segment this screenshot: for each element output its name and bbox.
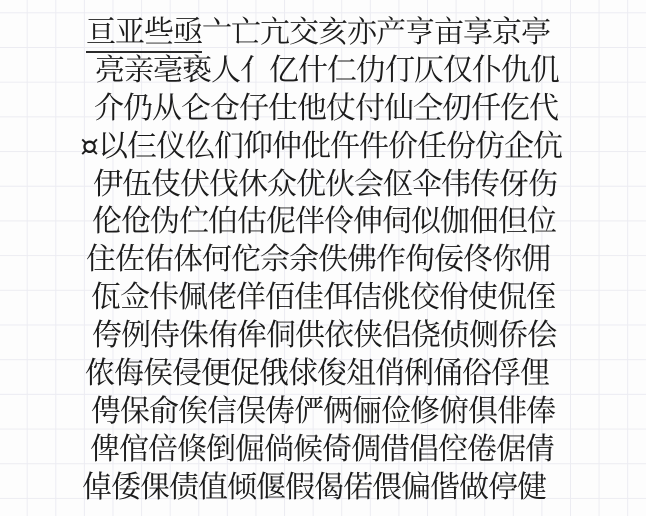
glyph-row: 介仍从仑仓仔仕他仗付仙仝仞仟仡代 (6, 90, 646, 128)
glyph-run: 伊伍伎伏伐休众优伙会伛伞伟传伢伤 (93, 167, 557, 202)
glyph-run: 亮亲亳亵人亻亿什仁仂仃仄仅仆仇仉 (95, 53, 559, 88)
glyph-row: 伦伧伪伫伯估伲伴伶伸伺似伽佃但位 (2, 203, 646, 241)
glyph-run: 俜保俞俟信俣俦俨俩俪俭修俯俱俳俸 (91, 394, 555, 429)
glyph-run: 伦伧伪伫伯估伲伴伶伸伺似伽佃但位 (92, 204, 556, 239)
glyph-row: 倬倭倮债值倾偃假偈偌偎偏偕做停健 (0, 469, 646, 507)
glyph-grid: 亘亚些亟亠亡亢交亥亦产亨亩享京亭亮亲亳亵人亻亿什仁仂仃仄仅仆仇仉介仍从仑仓仔仕他… (0, 14, 646, 507)
glyph-row: 俾倌倍倏倒倔倘候倚倜借倡倥倦倨倩 (0, 431, 646, 469)
glyph-run: 住佐佑体何佗佘余佚佛作佝佞佟你佣 (86, 242, 550, 277)
glyph-row: 亮亲亳亵人亻亿什仁仂仃仄仅仆仇仉 (8, 52, 646, 90)
glyph-row: 侉例侍侏侑侔侗供依侠侣侥侦侧侨侩 (2, 317, 646, 355)
glyph-run: 俾倌倍倏倒倔倘候倚倜借倡倥倦倨倩 (90, 432, 554, 467)
glyph-run: 倬倭倮债值倾偃假偈偌偎偏偕做停健 (82, 470, 546, 505)
grid-paper-page: { "colors": { "paper": "#fdfdfd", "grid_… (0, 0, 646, 516)
glyph-row: 俜保俞俟信俣俦俨俩俪俭修俯俱俳俸 (0, 393, 646, 431)
underlined-glyph-run: 亘亚些亟 (86, 15, 202, 53)
glyph-run: 亠亡亢交亥亦产亨亩享京亭 (202, 15, 550, 50)
glyph-run: 介仍从仑仓仔仕他仗付仙仝仞仟仡代 (94, 91, 558, 126)
glyph-row: 侬侮侯侵便促俄俅俊俎俏俐俑俗俘俚 (0, 355, 646, 393)
glyph-run: 佤佥佧佩佬佯佰佳佴佶佻佼佾使侃侄 (91, 280, 555, 315)
glyph-row: ¤以仨仪仫们仰仲仳仵件价任份仿企伉 (0, 128, 646, 166)
glyph-row: 亘亚些亟亠亡亢交亥亦产亨亩享京亭 (0, 14, 646, 52)
glyph-row: 佤佥佧佩佬佯佰佳佴佶佻佼佾使侃侄 (0, 279, 646, 317)
glyph-run: 侉例侍侏侑侔侗供依侠侣侥侦侧侨侩 (92, 318, 556, 353)
glyph-run: 侬侮侯侵便促俄俅俊俎俏俐俑俗俘俚 (85, 356, 549, 391)
glyph-run: ¤以仨仪仫们仰仲仳仵件价任份仿企伉 (80, 129, 562, 164)
glyph-row: 住佐佑体何佗佘余佚佛作佝佞佟你佣 (0, 241, 646, 279)
glyph-row: 伊伍伎伏伐休众优伙会伛伞伟传伢伤 (4, 166, 646, 204)
